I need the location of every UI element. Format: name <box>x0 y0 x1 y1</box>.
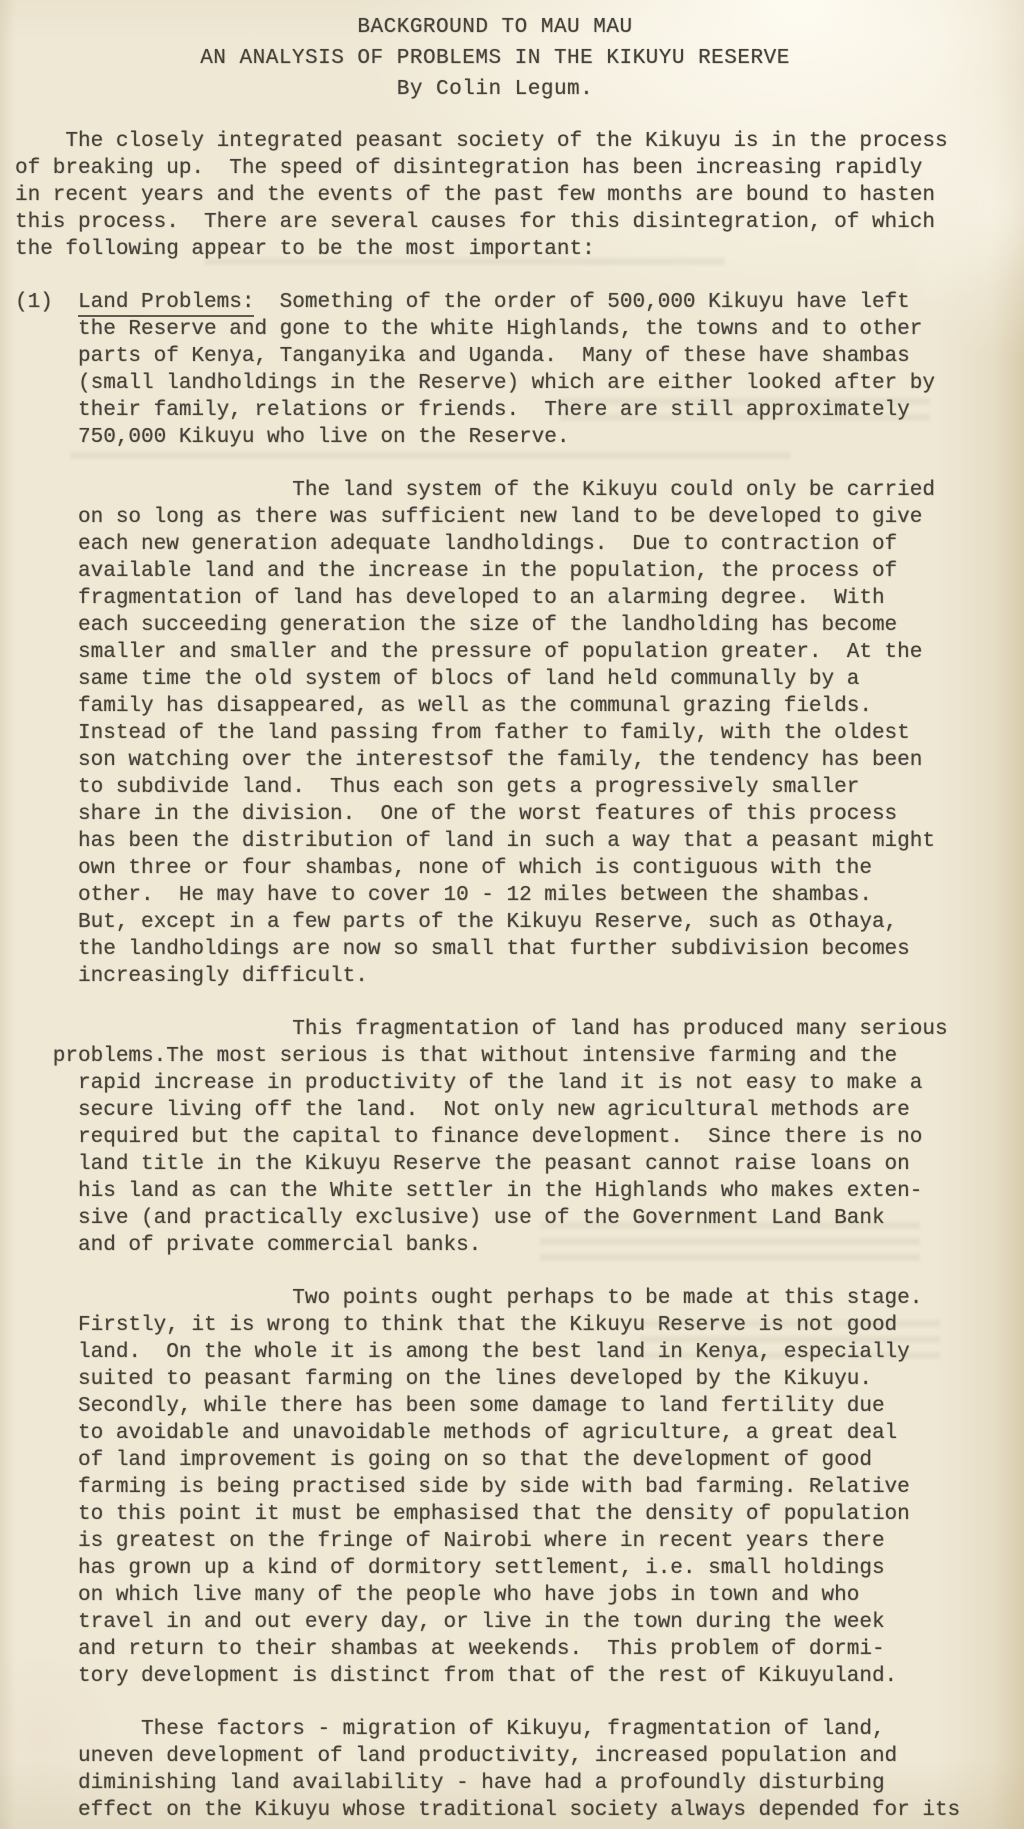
text-line: diminishing land availability - have had… <box>15 1770 1024 1797</box>
text-line: this process. There are several causes f… <box>15 209 1024 236</box>
intro-paragraph: The closely integrated peasant society o… <box>15 128 1024 263</box>
text-line: has grown up a kind of dormitory settlem… <box>15 1555 1024 1582</box>
item-1-paragraph-3: This fragmentation of land has produced … <box>15 1016 1024 1259</box>
text-line: son watching over the interestsof the fa… <box>15 747 1024 774</box>
text-line: required but the capital to finance deve… <box>15 1124 1024 1151</box>
text-line: in recent years and the events of the pa… <box>15 182 1024 209</box>
text-line: same time the old system of blocs of lan… <box>15 666 1024 693</box>
text-line: These factors - migration of Kikuyu, fra… <box>15 1716 1024 1743</box>
item-1-paragraph-4: Two points ought perhaps to be made at t… <box>15 1285 1024 1690</box>
text-line: the Reserve and gone to the white Highla… <box>15 316 1024 343</box>
text-line: share in the division. One of the worst … <box>15 801 1024 828</box>
text-line: Two points ought perhaps to be made at t… <box>15 1285 1024 1312</box>
text-line: (small landholdings in the Reserve) whic… <box>15 370 1024 397</box>
text-line: The closely integrated peasant society o… <box>15 128 1024 155</box>
text-line: land title in the Kikuyu Reserve the pea… <box>15 1151 1024 1178</box>
text-line: problems.The most serious is that withou… <box>15 1043 1024 1070</box>
text-line: increasingly difficult. <box>15 963 1024 990</box>
text-line: The land system of the Kikuyu could only… <box>15 477 1024 504</box>
text-line: uneven development of land productivity,… <box>15 1743 1024 1770</box>
text-line: fragmentation of land has developed to a… <box>15 585 1024 612</box>
item-1-number: (1) <box>15 291 78 314</box>
document-title: BACKGROUND TO MAU MAU <box>15 12 975 43</box>
closing-paragraph: These factors - migration of Kikuyu, fra… <box>15 1716 1024 1824</box>
text-line: secure living off the land. Not only new… <box>15 1097 1024 1124</box>
text-line: farming is being practised side by side … <box>15 1474 1024 1501</box>
text-line: and return to their shambas at weekends.… <box>15 1636 1024 1663</box>
text-line: has been the distribution of land in suc… <box>15 828 1024 855</box>
text-line: Firstly, it is wrong to think that the K… <box>15 1312 1024 1339</box>
item-1-paragraph-2: The land system of the Kikuyu could only… <box>15 477 1024 990</box>
text-line: on so long as there was sufficient new l… <box>15 504 1024 531</box>
text-line: suited to peasant farming on the lines d… <box>15 1366 1024 1393</box>
text-line: is greatest on the fringe of Nairobi whe… <box>15 1528 1024 1555</box>
text-line: Secondly, while there has been some dama… <box>15 1393 1024 1420</box>
text-line: of breaking up. The speed of disintegrat… <box>15 155 1024 182</box>
text-line: each succeeding generation the size of t… <box>15 612 1024 639</box>
text-line: of land improvement is going on so that … <box>15 1447 1024 1474</box>
document-content: BACKGROUND TO MAU MAU AN ANALYSIS OF PRO… <box>0 0 1024 1824</box>
text-line: their family, relations or friends. Ther… <box>15 397 1024 424</box>
text-line: land. On the whole it is among the best … <box>15 1339 1024 1366</box>
text-line: smaller and smaller and the pressure of … <box>15 639 1024 666</box>
text-line: other. He may have to cover 10 - 12 mile… <box>15 882 1024 909</box>
item-1-first-line: (1) Land Problems: Something of the orde… <box>15 289 1024 316</box>
text-line: 750,000 Kikuyu who live on the Reserve. <box>15 424 1024 451</box>
item-1-first-line-rest: Something of the order of 500,000 Kikuyu… <box>254 291 909 314</box>
land-problems-item: (1) Land Problems: Something of the orde… <box>15 289 1024 1690</box>
text-line: and of private commercial banks. <box>15 1232 1024 1259</box>
text-line: his land as can the White settler in the… <box>15 1178 1024 1205</box>
text-line: sive (and practically exclusive) use of … <box>15 1205 1024 1232</box>
text-line: family has disappeared, as well as the c… <box>15 693 1024 720</box>
document-subtitle: AN ANALYSIS OF PROBLEMS IN THE KIKUYU RE… <box>15 43 975 74</box>
item-1-paragraph-1-lines: the Reserve and gone to the white Highla… <box>15 316 1024 451</box>
item-1-heading: Land Problems: <box>78 291 254 317</box>
text-line: This fragmentation of land has produced … <box>15 1016 1024 1043</box>
item-1-paragraph-1: (1) Land Problems: Something of the orde… <box>15 289 1024 451</box>
text-line: travel in and out every day, or live in … <box>15 1609 1024 1636</box>
document-byline: By Colin Legum. <box>15 74 975 105</box>
text-line: own three or four shambas, none of which… <box>15 855 1024 882</box>
text-line: the following appear to be the most impo… <box>15 236 1024 263</box>
text-line: each new generation adequate landholding… <box>15 531 1024 558</box>
text-line: effect on the Kikuyu whose traditional s… <box>15 1797 1024 1824</box>
text-line: the landholdings are now so small that f… <box>15 936 1024 963</box>
text-line: But, except in a few parts of the Kikuyu… <box>15 909 1024 936</box>
text-line: on which live many of the people who hav… <box>15 1582 1024 1609</box>
text-line: to avoidable and unavoidable methods of … <box>15 1420 1024 1447</box>
text-line: rapid increase in productivity of the la… <box>15 1070 1024 1097</box>
title-block: BACKGROUND TO MAU MAU AN ANALYSIS OF PRO… <box>15 12 975 105</box>
text-line: to this point it must be emphasised that… <box>15 1501 1024 1528</box>
text-line: parts of Kenya, Tanganyika and Uganda. M… <box>15 343 1024 370</box>
scanned-document-page: { "colors": { "paper": "#efe8d5", "ink":… <box>0 0 1024 1829</box>
text-line: Instead of the land passing from father … <box>15 720 1024 747</box>
text-line: available land and the increase in the p… <box>15 558 1024 585</box>
text-line: tory development is distinct from that o… <box>15 1663 1024 1690</box>
text-line: to subdivide land. Thus each son gets a … <box>15 774 1024 801</box>
